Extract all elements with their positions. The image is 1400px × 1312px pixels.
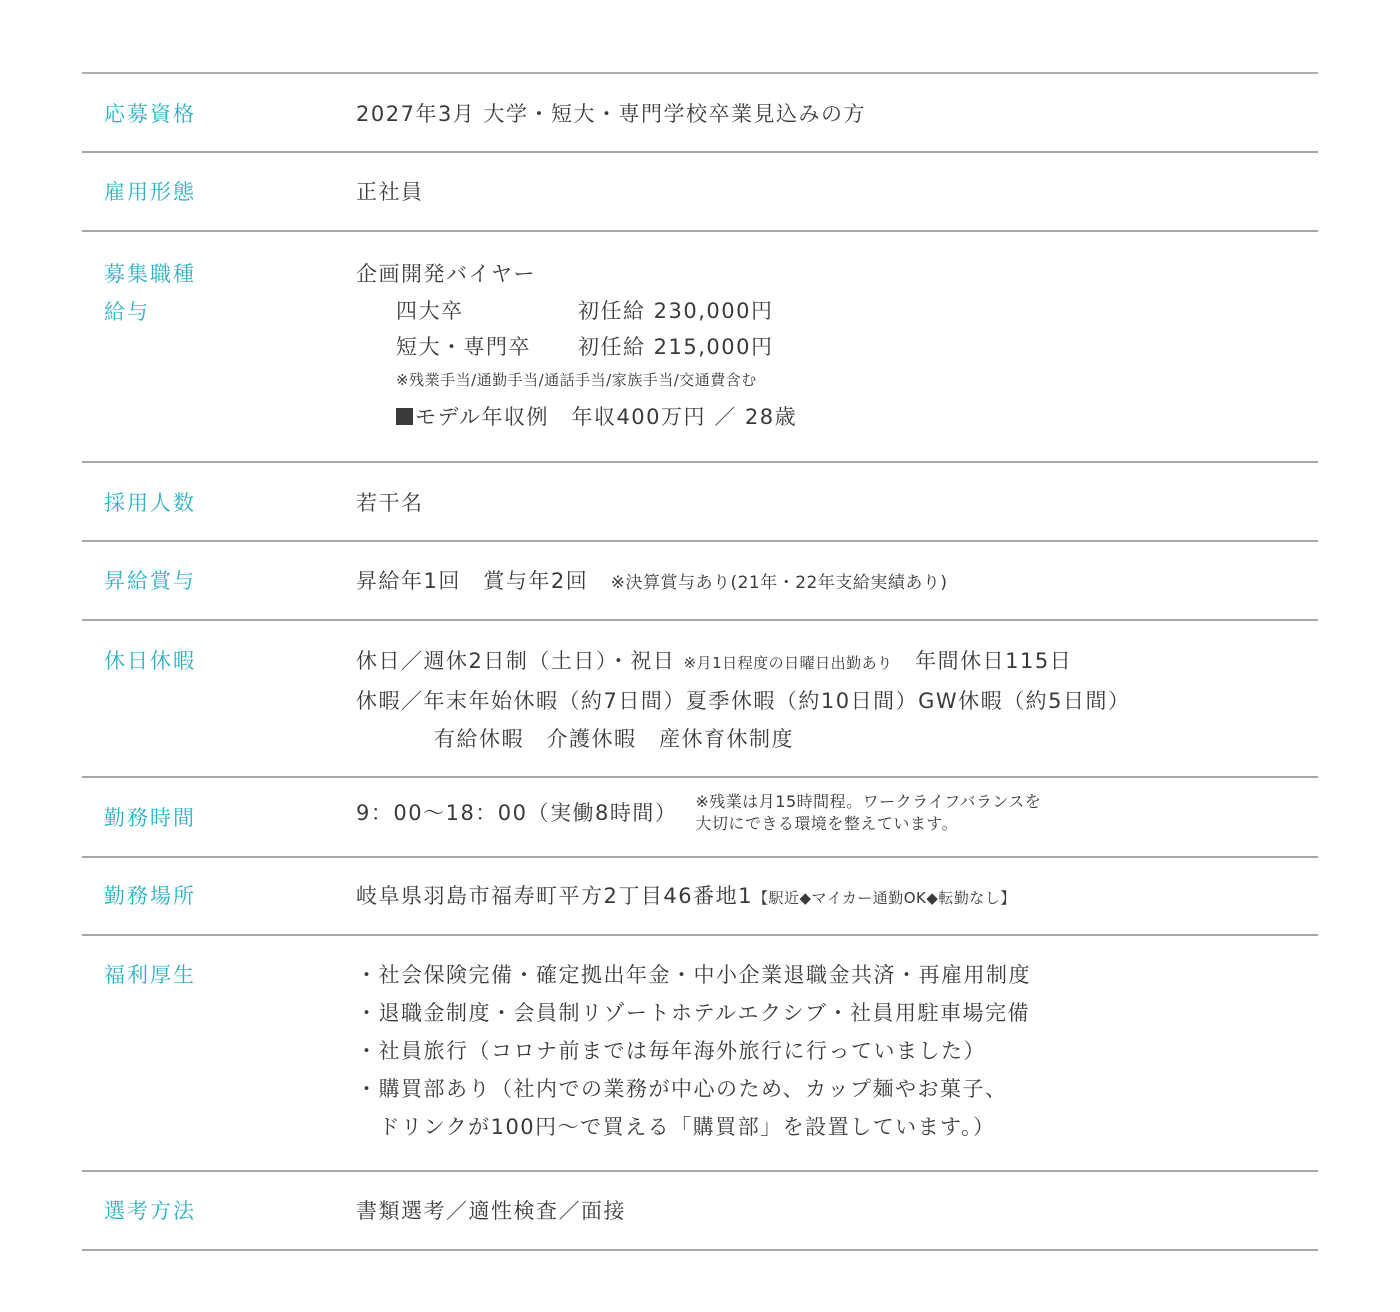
row-work-hours: 勤務時間 9：00〜18：00（実働8時間）※残業は月15時間程。ワークライフバ…	[82, 778, 1318, 858]
row-holidays: 休日休暇 休日／週休2日制（土日）・祝日 ※月1日程度の日曜日出勤あり 年間休日…	[82, 621, 1318, 778]
label-position: 募集職種	[104, 255, 356, 293]
salary-row-university: 四大卒 初任給 230,000円	[356, 293, 1318, 329]
salary-note: ※残業手当/通勤手当/通話手当/家族手当/交通費含む	[356, 365, 1318, 395]
row-qualification: 応募資格 2027年3月 大学・短大・専門学校卒業見込みの方	[82, 74, 1318, 153]
holidays-line3: 有給休暇 介護休暇 産休育休制度	[356, 720, 1318, 758]
benefit-item: ・社員旅行（コロナ前までは毎年海外旅行に行っていました）	[356, 1032, 1318, 1070]
label-benefits: 福利厚生	[82, 956, 356, 1170]
benefit-item: ドリンクが100円〜で買える「購買部」を設置しています。）	[356, 1108, 1318, 1146]
model-income: モデル年収例 年収400万円 ／ 28歳	[356, 395, 1318, 439]
label-raise-bonus: 昇給賞与	[82, 562, 356, 619]
label-salary: 給与	[104, 293, 356, 331]
holidays-line2: 休暇／年末年始休暇（約7日間）夏季休暇（約10日間）GW休暇（約5日間）	[356, 682, 1318, 720]
salary-amount: 初任給 215,000円	[578, 329, 774, 365]
value-employment-type: 正社員	[356, 173, 1318, 230]
value-position-salary: 企画開発バイヤー 四大卒 初任給 230,000円 短大・専門卒 初任給 215…	[356, 255, 1318, 461]
benefit-item: ・社会保険完備・確定拠出年金・中小企業退職金共済・再雇用制度	[356, 956, 1318, 994]
holidays-annual: 年間休日115日	[893, 649, 1073, 673]
row-selection: 選考方法 書類選考／適性検査／面接	[82, 1172, 1318, 1251]
work-hours-text: 9：00〜18：00（実働8時間）	[356, 801, 677, 825]
salary-amount: 初任給 230,000円	[578, 293, 774, 329]
label-selection: 選考方法	[82, 1192, 356, 1249]
value-selection: 書類選考／適性検査／面接	[356, 1192, 1318, 1249]
value-headcount: 若干名	[356, 484, 1318, 540]
label-employment-type: 雇用形態	[82, 173, 356, 230]
label-holidays: 休日休暇	[82, 642, 356, 776]
raise-bonus-text: 昇給年1回 賞与年2回	[356, 569, 611, 593]
holidays-sunday-note: ※月1日程度の日曜日出勤あり	[684, 654, 893, 672]
model-income-text: モデル年収例 年収400万円 ／ 28歳	[415, 405, 797, 429]
row-employment-type: 雇用形態 正社員	[82, 153, 1318, 232]
value-benefits: ・社会保険完備・確定拠出年金・中小企業退職金共済・再雇用制度 ・退職金制度・会員…	[356, 956, 1318, 1170]
square-bullet-icon	[396, 408, 413, 425]
label-position-salary: 募集職種 給与	[82, 255, 356, 461]
salary-row-college: 短大・専門卒 初任給 215,000円	[356, 329, 1318, 365]
value-holidays: 休日／週休2日制（土日）・祝日 ※月1日程度の日曜日出勤あり 年間休日115日 …	[356, 642, 1318, 776]
label-work-hours: 勤務時間	[82, 791, 356, 856]
value-location: 岐阜県羽島市福寿町平方2丁目46番地1【駅近◆マイカー通勤OK◆転勤なし】	[356, 877, 1318, 934]
salary-grade: 四大卒	[396, 293, 578, 329]
location-address: 岐阜県羽島市福寿町平方2丁目46番地1	[356, 884, 753, 908]
row-location: 勤務場所 岐阜県羽島市福寿町平方2丁目46番地1【駅近◆マイカー通勤OK◆転勤な…	[82, 858, 1318, 936]
row-headcount: 採用人数 若干名	[82, 463, 1318, 542]
benefit-item: ・購買部あり（社内での業務が中心のため、カップ麺やお菓子、	[356, 1070, 1318, 1108]
value-raise-bonus: 昇給年1回 賞与年2回 ※決算賞与あり(21年・22年支給実績あり)	[356, 562, 1318, 619]
holidays-weekly: 休日／週休2日制（土日）・祝日	[356, 649, 684, 673]
label-location: 勤務場所	[82, 877, 356, 934]
salary-grade: 短大・専門卒	[396, 329, 578, 365]
work-hours-note-line2: 大切にできる環境を整えています。	[695, 814, 958, 833]
recruitment-info-table: 応募資格 2027年3月 大学・短大・専門学校卒業見込みの方 雇用形態 正社員 …	[82, 72, 1318, 1251]
location-note: 【駅近◆マイカー通勤OK◆転勤なし】	[753, 889, 1016, 907]
row-benefits: 福利厚生 ・社会保険完備・確定拠出年金・中小企業退職金共済・再雇用制度 ・退職金…	[82, 936, 1318, 1172]
label-headcount: 採用人数	[82, 484, 356, 540]
label-qualification: 応募資格	[82, 95, 356, 151]
value-work-hours: 9：00〜18：00（実働8時間）※残業は月15時間程。ワークライフバランスを大…	[356, 791, 1318, 856]
work-hours-note: ※残業は月15時間程。ワークライフバランスを大切にできる環境を整えています。	[695, 791, 1041, 835]
raise-bonus-note: ※決算賞与あり(21年・22年支給実績あり)	[611, 573, 948, 593]
row-position-salary: 募集職種 給与 企画開発バイヤー 四大卒 初任給 230,000円 短大・専門卒…	[82, 232, 1318, 463]
row-raise-bonus: 昇給賞与 昇給年1回 賞与年2回 ※決算賞与あり(21年・22年支給実績あり)	[82, 542, 1318, 621]
holidays-line1: 休日／週休2日制（土日）・祝日 ※月1日程度の日曜日出勤あり 年間休日115日	[356, 642, 1318, 682]
work-hours-note-line1: ※残業は月15時間程。ワークライフバランスを	[695, 792, 1041, 811]
benefit-item: ・退職金制度・会員制リゾートホテルエクシブ・社員用駐車場完備	[356, 994, 1318, 1032]
position-name: 企画開発バイヤー	[356, 255, 1318, 293]
value-qualification: 2027年3月 大学・短大・専門学校卒業見込みの方	[356, 95, 1318, 151]
